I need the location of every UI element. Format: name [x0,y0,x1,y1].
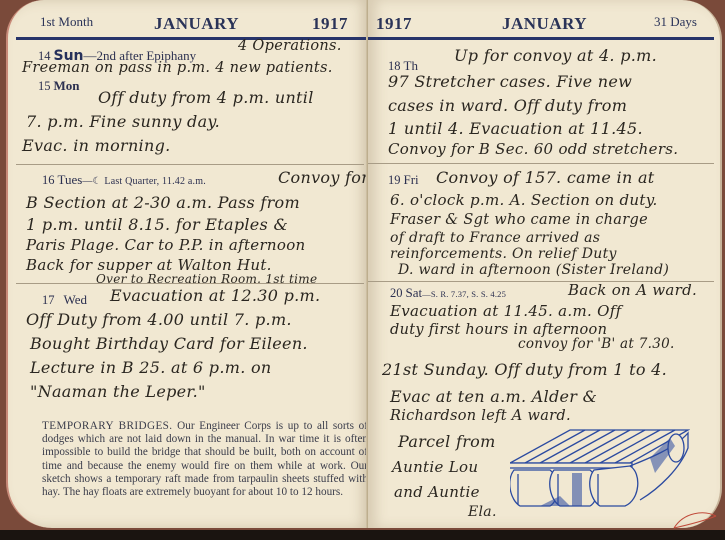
left-page-header: 1st Month JANUARY 1917 [8,12,370,34]
entry-divider [368,163,714,164]
day-heading-16: 16 Tues—☾ Last Quarter, 11.42 a.m. [42,172,206,188]
year-label: 1917 [376,14,412,34]
handwritten-line: and Auntie [394,483,480,501]
entry-divider [16,283,364,284]
handwritten-line: Ela. [468,504,497,520]
handwritten-line: 21st Sunday. Off duty from 1 to 4. [382,360,667,379]
left-page: 1st Month JANUARY 1917 14 Sun—2nd after … [6,0,370,528]
red-pencil-mark [672,510,720,530]
handwritten-line: 7. p.m. Fine sunny day. [26,112,220,131]
handwritten-line: 1 p.m. until 8.15. for Etaples & [26,215,288,234]
day-heading-17: 17 Wed [42,292,87,308]
handwritten-line: Up for convoy at 4. p.m. [454,46,657,65]
handwritten-line: reinforcements. On relief Duty [390,246,617,262]
handwritten-line: "Naaman the Leper." [30,382,206,401]
right-page-header: 1917 JANUARY 31 Days [368,12,720,34]
diary-book: 1st Month JANUARY 1917 14 Sun—2nd after … [0,0,725,530]
handwritten-line: cases in ward. Off duty from [388,96,627,115]
handwritten-line: 6. o'clock p.m. A. Section on duty. [390,191,658,209]
day-heading-15: 15 Mon [38,78,80,94]
handwritten-line: Convoy for [278,168,369,187]
handwritten-line: 1 until 4. Evacuation at 11.45. [388,119,643,138]
handwritten-line: Back on A ward. [568,281,697,299]
entry-divider [16,164,364,165]
days-count-label: 31 Days [654,14,697,30]
raft-sketch-illustration [510,418,690,508]
handwritten-line: Evac at ten a.m. Alder & [390,387,597,406]
handwritten-line: Bought Birthday Card for Eileen. [30,334,308,353]
caption-title: TEMPORARY BRIDGES. [42,420,173,432]
handwritten-line: Evacuation at 12.30 p.m. [110,286,320,305]
handwritten-line: 97 Stretcher cases. Five new [388,72,632,91]
handwritten-line: 4 Operations. [238,38,342,54]
handwritten-line: of draft to France arrived as [390,230,600,246]
header-rule [368,37,714,40]
handwritten-line: Off Duty from 4.00 until 7. p.m. [26,310,292,329]
month-title: JANUARY [154,14,239,34]
handwritten-line: Evacuation at 11.45. a.m. Off [390,302,621,320]
month-title: JANUARY [502,14,587,34]
handwritten-line: B Section at 2-30 a.m. Pass from [26,193,300,212]
handwritten-line: Off duty from 4 p.m. until [98,88,314,107]
handwritten-line: Convoy of 157. came in at [436,168,655,187]
handwritten-line: convoy for 'B' at 7.30. [518,336,675,352]
handwritten-line: Paris Plage. Car to P.P. in afternoon [26,236,306,254]
handwritten-line: Convoy for B Sec. 60 odd stretchers. [388,140,678,158]
handwritten-line: Lecture in B 25. at 6 p.m. on [30,358,272,377]
month-number-label: 1st Month [40,14,93,30]
printed-caption: TEMPORARY BRIDGES. Our Engineer Corps is… [42,420,368,499]
day-heading-20: 20 Sat—S. R. 7.37, S. S. 4.25 [390,285,506,301]
handwritten-line: Evac. in morning. [22,136,171,155]
day-heading-19: 19 Fri [388,172,419,188]
handwritten-line: Freeman on pass in p.m. 4 new patients. [22,60,333,76]
handwritten-line: Fraser & Sgt who came in charge [390,212,648,228]
handwritten-line: Auntie Lou [392,458,478,476]
handwritten-line: Parcel from [398,432,496,451]
handwritten-line: D. ward in afternoon (Sister Ireland) [398,262,669,278]
year-label: 1917 [312,14,348,34]
